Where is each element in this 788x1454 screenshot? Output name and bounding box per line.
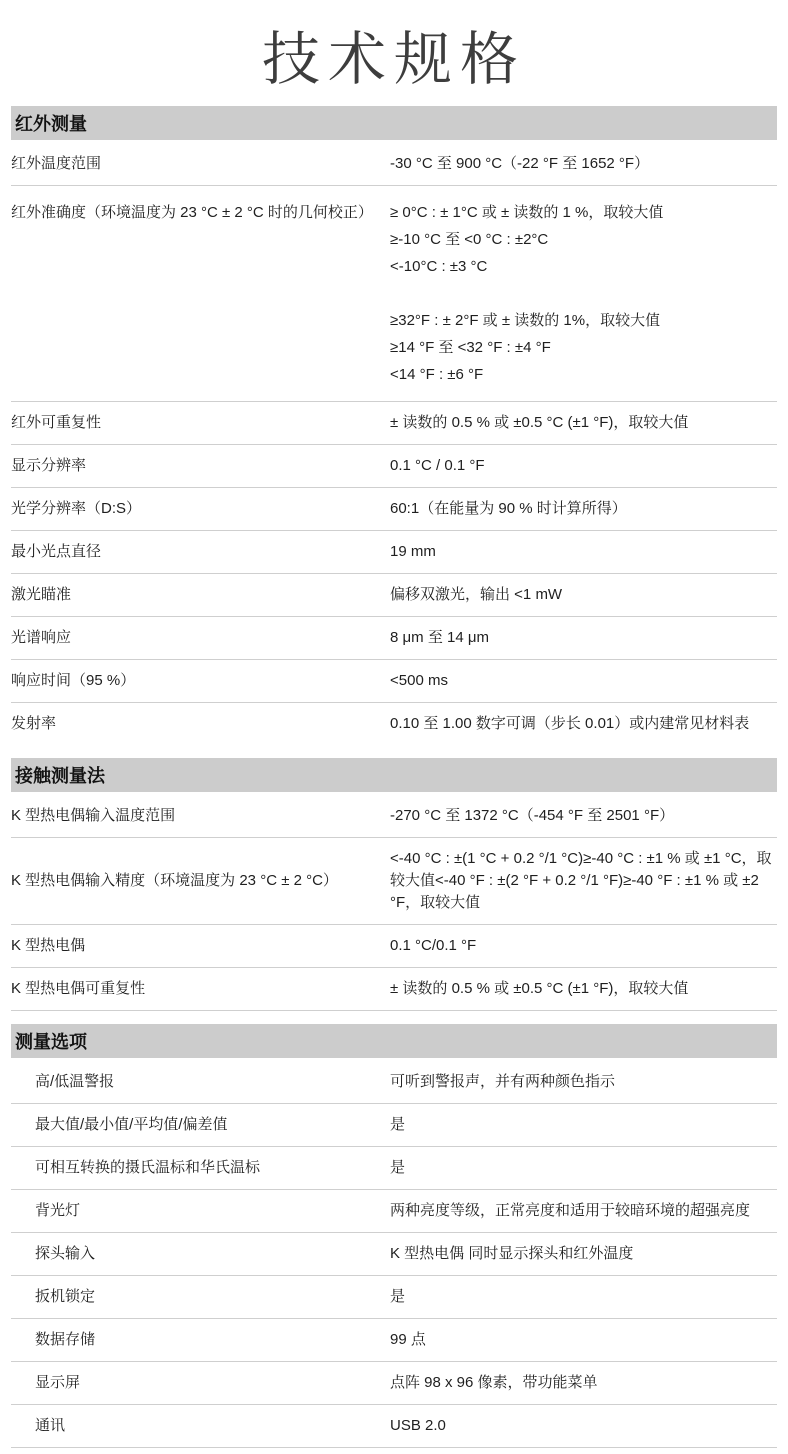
- spec-value: 是: [390, 1157, 777, 1179]
- spec-value: -270 °C 至 1372 °C（-454 °F 至 2501 °F）: [390, 805, 777, 827]
- spec-row: 光谱响应 8 μm 至 14 μm: [11, 617, 777, 660]
- spec-label: 探头输入: [11, 1243, 390, 1265]
- section-header-label: 接触测量法: [15, 762, 105, 788]
- spec-row: K 型热电偶 0.1 °C/0.1 °F: [11, 925, 777, 968]
- spec-value: ± 读数的 0.5 % 或 ±0.5 °C (±1 °F)，取较大值: [390, 978, 777, 1000]
- spec-row: 显示分辨率 0.1 °C / 0.1 °F: [11, 445, 777, 488]
- page-title: 技术规格: [11, 26, 777, 93]
- spec-row: 扳机锁定 是: [11, 1276, 777, 1319]
- spec-row: 激光瞄准 偏移双激光，输出 <1 mW: [11, 574, 777, 617]
- spec-row: 背光灯 两种亮度等级，正常亮度和适用于较暗环境的超强亮度: [11, 1190, 777, 1233]
- section-header-bar: 测量选项: [11, 1024, 777, 1058]
- section-rows: K 型热电偶输入温度范围 -270 °C 至 1372 °C（-454 °F 至…: [11, 792, 777, 1011]
- spec-section: 接触测量法 K 型热电偶输入温度范围 -270 °C 至 1372 °C（-45…: [11, 758, 777, 1011]
- spec-label: 红外温度范围: [11, 153, 390, 175]
- spec-label: 光学分辨率（D:S）: [11, 498, 390, 520]
- spec-label: 可相互转换的摄氏温标和华氏温标: [11, 1157, 390, 1179]
- spec-label: 扳机锁定: [11, 1286, 390, 1308]
- spec-value: 8 μm 至 14 μm: [390, 627, 777, 649]
- spec-label: K 型热电偶输入精度（环境温度为 23 °C ± 2 °C）: [11, 870, 390, 892]
- spec-label: 高/低温警报: [11, 1071, 390, 1093]
- spec-label: 显示分辨率: [11, 455, 390, 477]
- spec-value: <-40 °C : ±(1 °C + 0.2 °/1 °C)≥-40 °C : …: [390, 848, 777, 914]
- spec-value-line: ≥-10 °C 至 <0 °C : ±2°C: [390, 226, 777, 253]
- spec-value-line: ≥32°F : ± 2°F 或 ± 读数的 1%，取较大值: [390, 307, 777, 334]
- spec-row: 光学分辨率（D:S） 60:1（在能量为 90 % 时计算所得）: [11, 488, 777, 531]
- spec-value: 99 点: [390, 1329, 777, 1351]
- spec-row: 数据存储 99 点: [11, 1319, 777, 1362]
- spec-label: 激光瞄准: [11, 584, 390, 606]
- spec-value: 可听到警报声，并有两种颜色指示: [390, 1071, 777, 1093]
- spec-label: 红外准确度（环境温度为 23 °C ± 2 °C 时的几何校正）: [11, 199, 390, 226]
- spec-page: 技术规格 红外测量 红外温度范围 -30 °C 至 900 °C（-22 °F …: [0, 26, 788, 1454]
- spec-row: 通讯 USB 2.0: [11, 1405, 777, 1448]
- spec-row: 探头输入 K 型热电偶 同时显示探头和红外温度: [11, 1233, 777, 1276]
- spec-label: 通讯: [11, 1415, 390, 1437]
- spec-value: USB 2.0: [390, 1415, 777, 1437]
- spec-label: K 型热电偶: [11, 935, 390, 957]
- spec-label: 显示屏: [11, 1372, 390, 1394]
- section-rows: 高/低温警报 可听到警报声，并有两种颜色指示 最大值/最小值/平均值/偏差值 是…: [11, 1058, 777, 1448]
- spec-row: 最大值/最小值/平均值/偏差值 是: [11, 1104, 777, 1147]
- spec-value: -30 °C 至 900 °C（-22 °F 至 1652 °F）: [390, 153, 777, 175]
- spec-value: 点阵 98 x 96 像素，带功能菜单: [390, 1372, 777, 1394]
- spec-value: 0.1 °C/0.1 °F: [390, 935, 777, 957]
- spec-label: 光谱响应: [11, 627, 390, 649]
- spec-value: 偏移双激光，输出 <1 mW: [390, 584, 777, 606]
- spec-row: 红外准确度（环境温度为 23 °C ± 2 °C 时的几何校正） ≥ 0°C :…: [11, 186, 777, 402]
- spec-row: 高/低温警报 可听到警报声，并有两种颜色指示: [11, 1058, 777, 1104]
- spec-row: K 型热电偶输入精度（环境温度为 23 °C ± 2 °C） <-40 °C :…: [11, 838, 777, 925]
- spec-value: 19 mm: [390, 541, 777, 563]
- spec-label: 数据存储: [11, 1329, 390, 1351]
- spec-label: 响应时间（95 %）: [11, 670, 390, 692]
- spec-value: 是: [390, 1286, 777, 1308]
- spec-value-line: ≥ 0°C : ± 1°C 或 ± 读数的 1 %，取较大值: [390, 199, 777, 226]
- spec-row: 响应时间（95 %） <500 ms: [11, 660, 777, 703]
- spec-row: 显示屏 点阵 98 x 96 像素，带功能菜单: [11, 1362, 777, 1405]
- spec-row: 红外可重复性 ± 读数的 0.5 % 或 ±0.5 °C (±1 °F)，取较大…: [11, 402, 777, 445]
- spec-label: K 型热电偶可重复性: [11, 978, 390, 1000]
- spec-row: 可相互转换的摄氏温标和华氏温标 是: [11, 1147, 777, 1190]
- spec-value-line: [390, 280, 777, 307]
- spec-label: 最大值/最小值/平均值/偏差值: [11, 1114, 390, 1136]
- spec-value-line: <-10°C : ±3 °C: [390, 253, 777, 280]
- spec-value: K 型热电偶 同时显示探头和红外温度: [390, 1243, 777, 1265]
- spec-value: <500 ms: [390, 670, 777, 692]
- spec-row: 最小光点直径 19 mm: [11, 531, 777, 574]
- spec-section: 测量选项 高/低温警报 可听到警报声，并有两种颜色指示 最大值/最小值/平均值/…: [11, 1024, 777, 1448]
- spec-label: 背光灯: [11, 1200, 390, 1222]
- spec-value: 两种亮度等级，正常亮度和适用于较暗环境的超强亮度: [390, 1200, 777, 1222]
- spec-label: 红外可重复性: [11, 412, 390, 434]
- spec-value: 0.10 至 1.00 数字可调（步长 0.01）或内建常见材料表: [390, 713, 777, 735]
- spec-value-line: ≥14 °F 至 <32 °F : ±4 °F: [390, 334, 777, 361]
- spec-row: 红外温度范围 -30 °C 至 900 °C（-22 °F 至 1652 °F）: [11, 140, 777, 186]
- spec-section: 红外测量 红外温度范围 -30 °C 至 900 °C（-22 °F 至 165…: [11, 106, 777, 745]
- section-header-label: 红外测量: [15, 110, 87, 136]
- section-header-bar: 红外测量: [11, 106, 777, 140]
- spec-value: 60:1（在能量为 90 % 时计算所得）: [390, 498, 777, 520]
- spec-value: 是: [390, 1114, 777, 1136]
- spec-row: 发射率 0.10 至 1.00 数字可调（步长 0.01）或内建常见材料表: [11, 703, 777, 745]
- spec-sections: 红外测量 红外温度范围 -30 °C 至 900 °C（-22 °F 至 165…: [11, 106, 777, 1448]
- spec-row: K 型热电偶可重复性 ± 读数的 0.5 % 或 ±0.5 °C (±1 °F)…: [11, 968, 777, 1011]
- spec-value: 0.1 °C / 0.1 °F: [390, 455, 777, 477]
- spec-value-line: <14 °F : ±6 °F: [390, 361, 777, 388]
- spec-value: ± 读数的 0.5 % 或 ±0.5 °C (±1 °F)，取较大值: [390, 412, 777, 434]
- section-header-label: 测量选项: [15, 1028, 87, 1054]
- section-header-bar: 接触测量法: [11, 758, 777, 792]
- section-rows: 红外温度范围 -30 °C 至 900 °C（-22 °F 至 1652 °F）…: [11, 140, 777, 745]
- spec-label: K 型热电偶输入温度范围: [11, 805, 390, 827]
- spec-label: 最小光点直径: [11, 541, 390, 563]
- spec-value: ≥ 0°C : ± 1°C 或 ± 读数的 1 %，取较大值≥-10 °C 至 …: [390, 199, 777, 388]
- spec-row: K 型热电偶输入温度范围 -270 °C 至 1372 °C（-454 °F 至…: [11, 792, 777, 838]
- spec-label: 发射率: [11, 713, 390, 735]
